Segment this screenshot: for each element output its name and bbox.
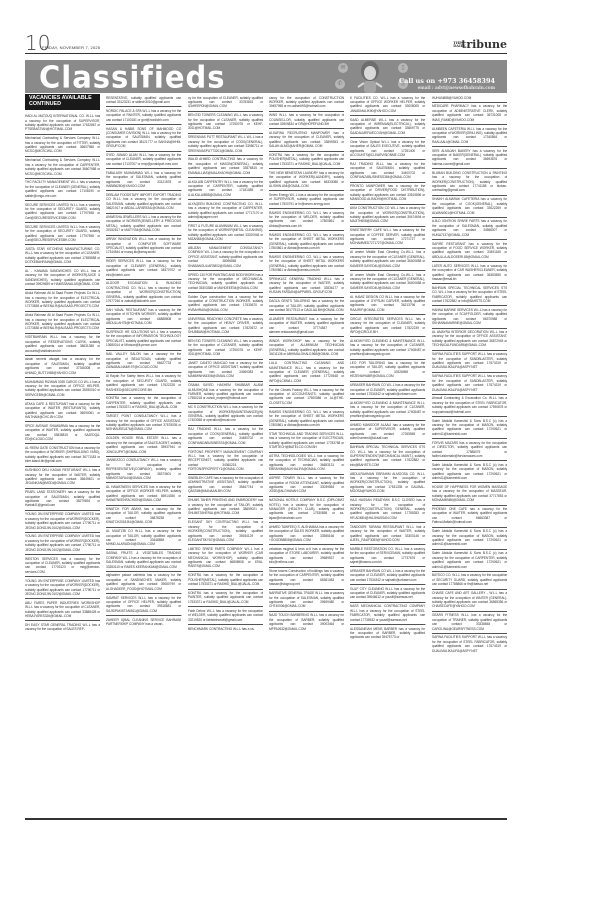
call-number: Call us on +973 36458394 (399, 77, 495, 85)
page-number: 10 (25, 33, 50, 53)
classified-ad: FORTONS PROPERTY MANAGEMENT COMPANY W.L.… (188, 448, 263, 475)
issue-date: FRIDAY, NOVEMBER 7, 2025 (42, 45, 100, 50)
classified-ad: NORDIC PALACE & SPA W.L.L has a vacancy … (106, 107, 181, 125)
classified-ad: Alrosall Contracting & Excavation Co. W.… (432, 395, 507, 417)
ad-list: cy for the occupation of CLEANER, suitab… (188, 94, 263, 633)
classified-ad: KONTRA has a vacancy for the occupation … (269, 152, 344, 170)
classified-ad: WINDS WORKSHOP has a vacancy for the occ… (269, 337, 344, 359)
classified-ad: SYED JUNAID ALAM W.L.L has a vacancy for… (106, 152, 181, 170)
classified-ad: RIDER SERVICES W.L.L has a vacancy for t… (106, 258, 181, 280)
classified-ad: NASS MECHANICAL CONTRACTING COMPANY W.L.… (350, 603, 425, 625)
classified-ad: Saleh Abdulla Kameshki & Sons B.S.C (c) … (432, 417, 507, 439)
classified-ad: Saleh Abdulla Kameshki & Sons B.S.C (c) … (432, 528, 507, 550)
classified-ad: GEARS FITNESS W.L.L has a vacancy for th… (432, 612, 507, 634)
classified-ad: VISITBAHRAIN W.L.L has a vacancy for the… (25, 334, 100, 356)
classified-ad: SECURE SERVICES LIMITED W.L.L has a vaca… (25, 201, 100, 223)
classified-ad: Saleh Abdulla Kameshki & Sons B.S.C (c) … (432, 550, 507, 572)
classified-ad: BEN EID TOWERS CLEANING W.L.L has a vaca… (188, 337, 263, 359)
classified-ad: RESENTATIVE, suitably qualified applican… (106, 94, 181, 107)
classified-ad: Stone towers Construction of buildings h… (269, 568, 344, 590)
classified-ad: AHMED TAWFEEQ S. ALSHAMAA has a vacancy … (269, 523, 344, 545)
classified-ad: KWATCH FOR ABAYA has a vacancy for the o… (106, 506, 181, 528)
classified-ad: YOUNG JIN ENTERPRISE COMPANY LIMITED has… (25, 577, 100, 599)
column-3: cy for the occupation of CLEANER, suitab… (188, 94, 263, 816)
classified-ad: ASPIRE TOWER W.L.L has a vacancy for the… (269, 475, 344, 497)
ad-list: cancy for the occupation of CONSTRUCTION… (269, 94, 344, 633)
classified-ad: CHAISE CAFE AND ART GALLERY - W.L.L has … (432, 590, 507, 612)
classified-ad: Al Rayah For Safety Items W.L.L has a va… (106, 373, 181, 395)
classified-ad: PHOENIX ONE CAFE has a vacancy for the o… (432, 506, 507, 528)
classified-ad: ALMOWYYED CLEANING & MAINTENANCE W.L.L h… (350, 399, 425, 421)
classified-ad: AL HAWATNEEN SERVICES has a vacancy for … (106, 483, 181, 505)
classified-ad: FABALASH MUHAMMAD W.L.L has a vacancy fo… (106, 169, 181, 191)
column-4: cancy for the occupation of CONSTRUCTION… (269, 94, 344, 816)
footer-divider (25, 818, 507, 820)
envelope-icon: ✉ (338, 63, 348, 73)
classified-ad: SPICE AVENUE SHAWARMA has a vacancy for … (25, 422, 100, 444)
classified-ad: DAH YANAL RESTAURANT has a vacancy for t… (106, 306, 181, 328)
classified-ad: SECURE SERVICES LIMITED W.L.L has a vaca… (25, 223, 100, 245)
ad-list: RESENTATIVE, suitably qualified applican… (106, 94, 181, 629)
classified-ad: FORVIS MAZARS has a vacancy for the occu… (432, 439, 507, 461)
classified-ad: ALMBEEN CAFETERIA W.L.L has a vacancy fo… (432, 125, 507, 147)
classified-ad: cy for the occupation of CLEANER, suitab… (188, 94, 263, 112)
classified-ad: SASWA FRUITS & VEGETABLES TRADING COMPAN… (106, 550, 181, 572)
classified-ad: KUSHBOO DELI KADAK RESTURANT W.L.L has a… (25, 467, 100, 489)
classified-ad: WALID AHMED CONTRACTING has a vacancy fo… (188, 156, 263, 178)
classified-ad: LEO FOR TAILORING has a vacancy for the … (350, 360, 425, 382)
classified-ad: GULF CITY CLEANING W.L.L has a vacancy f… (350, 585, 425, 603)
classified-ad: K FACILITIES CO. W.L.L has a vacancy for… (350, 94, 425, 116)
classified-ad: ABDULRAHMAN EBRAHIM ALMOOSA CO. W.L.L ha… (350, 470, 425, 497)
classified-ad: STAR TECHNICAL AND TRADING SERVICES W.L.… (269, 430, 344, 452)
classified-ad: SAMRAT SERVICES W.L.L has a vacancy for … (106, 594, 181, 616)
ad-list: HUHUN888@YAHOO.COMMEDICARE PHARMACY has … (432, 94, 507, 655)
classified-ad: LULU CONTRACTING CLEANING AND MAINTENANC… (269, 360, 344, 387)
classified-ad: Mechanical Contracting & Services Compan… (25, 157, 100, 179)
classified-ad: AL MUATZIB CO W.L.L has a vacancy for th… (106, 528, 181, 550)
ad-list: K FACILITIES CO. W.L.L has a vacancy for… (350, 94, 425, 642)
classified-ad: GOLDEN HOUSE REAL ESTATE W.L.L has a vac… (106, 435, 181, 457)
classified-ad: SAFIRE RESTURANT has a vacancy for the o… (432, 240, 507, 262)
classified-ad: HUHUN888@YAHOO.COM (432, 94, 507, 103)
ad-list: HADI AL MATOUQ INTERNATIONAL CO. W.L.L h… (25, 113, 100, 634)
classified-ad: Saleh Abdulla Kameshki & Sons B.S.C (c) … (432, 461, 507, 483)
classified-ad: BAHRAIN SPECIAL TECHNICAL SERVICES STS C… (432, 284, 507, 306)
classified-ad: DH EASY STAR GENERAL TRADING W.L.L has a… (25, 621, 100, 633)
classified-ad: HASAN & HABIB SONS OF MAHMOOD CO (CONSUM… (106, 125, 181, 152)
classified-ad: DAGLA GENTS TAILORING has a vacancy for … (269, 298, 344, 316)
classified-ad: WINS W.L.L has a vacancy for the occupat… (269, 112, 344, 130)
classified-ad: ALDOOR EXCAVATION & BUILDING CONTRACTING… (106, 280, 181, 307)
classified-ad: ABU FARES PAPER INDUSTRIES WORKSHOP W.L.… (25, 599, 100, 621)
column-6: HUHUN888@YAHOO.COMMEDICARE PHARMACY has … (432, 94, 507, 816)
classified-ad: HOUSE OF HAPPINESS FOR WOMEN MASSAGE has… (432, 483, 507, 505)
classified-ad: Fabb Delnor W.L.L has a vacancy for the … (188, 607, 263, 625)
classified-ad: cancy for the occupation of CONSTRUCTION… (269, 94, 344, 112)
classified-ad: AL AMAYRA INTERIOR DECORATION W.L.L has … (432, 329, 507, 351)
classified-ad: YOUNG JIN ENTERPRISE COMPANY LIMITED has… (25, 533, 100, 555)
classified-ad: JUSTA STAR KITCHENS MANUFACTURING CO. W.… (25, 245, 100, 267)
classified-ad: SPEED 130 FOR PAINTING AND BODYWORK has … (188, 271, 263, 293)
phone-icon: ✆ (335, 79, 345, 89)
classified-ad: Al ameer Middle East Cleaning Co.W.L.L h… (350, 271, 425, 293)
classified-ad: Abdul Rahman Ali Al Saad Power Projects … (25, 312, 100, 334)
classified-ad: DEBLAM FOODSTAFF IMPORT EXPORT TRADING C… (106, 191, 181, 213)
column-2: RESENTATIVE, suitably qualified applican… (106, 94, 181, 816)
classified-ad: SAFINA FACILITIES SUPPORT W.L.L has a va… (432, 351, 507, 373)
classified-ad: SREENIVAS PUTT RESTAURANT W.L.L W.L.L ha… (188, 134, 263, 156)
classified-ad: HADI AL MATOUQ INTERNATIONAL CO. W.L.L h… (25, 113, 100, 135)
classified-ad: SWEBLEH CAFE has a vacancy for the occup… (188, 475, 263, 497)
classified-ad: ALYAQEEN BUILDING CONTRACTING CO. W.L.L … (188, 200, 263, 222)
classified-ad: JANNEATCO CONSULTANCY W.L.L has a vacanc… (106, 457, 181, 484)
classified-ad: NARRATIVE GENERAL TRADE W.L.L has a vaca… (269, 590, 344, 612)
classified-ad: OSAMA SAYED HASHEM SHUBBAR ALAWI ALMUSHQ… (188, 382, 263, 404)
classified-ad: ARRAY INNOVATION W.L.L has a vacancy for… (106, 236, 181, 258)
classified-ad: ELEGANT SKY CONTRACTING W.L.L has a vaca… (188, 519, 263, 546)
classified-ad: HANNA MARINE SERVICES W.L.L has a vacanc… (432, 306, 507, 328)
classified-ad: BAHRAIN SPECIAL TECHNICAL SERVICES STS C… (350, 444, 425, 471)
classified-ad: JANET CANITO MANCAO has a vacancy for th… (188, 360, 263, 382)
classified-ad: Seven Energy W.L.L has a vacancy for the… (269, 191, 344, 209)
classified-ad: AKM CONSTRUCTION CO W.L.L has a vacancy … (350, 205, 425, 227)
classified-ad: SERI ALMAJAH BAKERY has a vacancy for th… (432, 147, 507, 169)
classified-ad: RAMSIS ENGINEERING CO. W.L.L has a vacan… (269, 408, 344, 430)
classified-ad: Golden Dyar construction has a vacancy f… (188, 293, 263, 315)
brand-name: tribune (461, 38, 507, 51)
classified-ad: RAMSIS ENGINEERING CO. W.L.L has a vacan… (269, 231, 344, 253)
classified-ad: URBASER BAHRAIN CO W.L.L has a vacancy f… (350, 567, 425, 585)
classified-ad: THE NEW BEMESTAN LAUNDRY has a vacancy f… (269, 169, 344, 191)
classified-ad: MC 5 CONSTRUCTION W.L.L has a vacancy fo… (188, 404, 263, 426)
classified-ad: SHAIKH ALMARAK CAFETERIA has a vacancy f… (432, 196, 507, 218)
mascot-illustration (356, 61, 384, 93)
classified-ad: alzain secrets alsagat has a vacancy for… (25, 356, 100, 378)
classified-ad: ALAMEER RESTAURANT has a vacancy for the… (269, 315, 344, 337)
column-5: K FACILITIES CO. W.L.L has a vacancy for… (350, 94, 425, 816)
classified-ad: RAMSIS ENGINEERING CO. W.L.L has a vacan… (269, 253, 344, 275)
classified-ad: KONTRA has a vacancy for the occupation … (188, 590, 263, 608)
classified-ad: For the Closets Factory W.L.L has a vaca… (269, 386, 344, 408)
classified-ad: BENCHMARK CONTRACTING W.L.L has a va- (188, 625, 263, 633)
classified-ad: CIRCLE INTEGRATED SERVICES W.L.L has a v… (350, 315, 425, 337)
classified-ad: BLUBAN BUILDING CONSTRUCTION & PAINTING … (432, 169, 507, 196)
classified-ad: MARBLE RESTORATION CO. W.L.L has a vacan… (350, 545, 425, 567)
classified-ad: Clear Vision Optical W.L.L has a vacancy… (350, 138, 425, 160)
classified-ad: NATIONAL HOTELS COMPANY B.S.C. (DIPLOMAT… (269, 497, 344, 524)
classified-ad: ANWESHA JEWELLERS W.L.L has a vacancy fo… (106, 214, 181, 236)
classified-ad: AHMED MANSOOR ALAALI has a vacancy for t… (350, 421, 425, 443)
classifieds-banner: Classifieds ✉ ✆ ▯ ◎ Call us on +973 3645… (25, 60, 507, 93)
banner-title: Classifieds (39, 61, 226, 93)
classified-ad: AJILD IGNITION SPARE PARTS has a vacancy… (432, 218, 507, 240)
classified-ad: ATAKA CAFE & RESTURANT has a vacancy for… (25, 400, 100, 422)
classified-ad: PEARL LAND STATIONERY has a vacancy for … (25, 489, 100, 511)
classified-ad: THC FACILITY MANAGEMENT W.L.L has a vaca… (25, 179, 100, 201)
classified-ad: velabdas mujjmal & bros w.l.l has a vaca… (269, 545, 344, 567)
page-masthead: 10 FRIDAY, NOVEMBER 7, 2025 THE DAILYtri… (25, 36, 507, 54)
classified-ad: Mechanical Contracting & Services Compan… (25, 135, 100, 157)
classified-ad: LIMITED SPARE PARTS COMPANY W.L.L has a … (188, 545, 263, 572)
classified-ad: SWEETBERRY CAFE W.L.L has a vacancy for … (350, 227, 425, 249)
classified-ad: NAJD TOUCH BARBERING W.L.L has a vacancy… (269, 612, 344, 633)
classified-ad: WESTON SERVICES has a vacancy for the oc… (25, 555, 100, 577)
classified-ad: ALSAFWA RECRUITING MANPOWER has a vacanc… (269, 129, 344, 151)
classified-ad: LATER AUTO SERVICES W.L.L has a vacancy … (432, 262, 507, 284)
contact-email: email : advt@newsofbahrain.com (418, 85, 495, 90)
classified-ad: HAJI HASSAN READYMIX B.S.C CLOSED has a … (350, 497, 425, 524)
classified-ad: AL HAMIZ DESIGN CO W.L.L has a vacancy f… (350, 293, 425, 315)
column-1: VACANCIES AVAILABLE CONTINUED HADI AL MA… (25, 94, 100, 816)
classified-ad: RAMSIS ENGINEERING CO. W.L.L has a vacan… (269, 209, 344, 231)
classified-ad: SUSPENCE HR SOLUTIONS W.L.L has a vacanc… (106, 329, 181, 351)
classified-ad: BATSCO CO. W.L.L has a vacancy for the o… (432, 572, 507, 590)
classified-ad: ZAHEER IQBAL CLEANING SERVICE BAHRAINI P… (106, 616, 181, 628)
classified-columns: VACANCIES AVAILABLE CONTINUED HADI AL MA… (25, 94, 507, 816)
classified-ad: UNIVERSAL READYMIX CONCRETE has a vacanc… (188, 315, 263, 337)
classified-ad: MEDICARE PHARMACY has a vacancy for the … (432, 103, 507, 125)
classified-ad: SHUMS TAHER PRINTING AND EMBROIDERY has … (188, 497, 263, 519)
classified-ad: Al ameer Middle East Cleaning Co.W.L.L h… (350, 249, 425, 271)
classified-ad: ALESSANEIAH MENS BARBER has a vacancy fo… (350, 625, 425, 642)
classified-ad: SAFINA FACILITIES SUPPORT W.L.L has a va… (432, 373, 507, 395)
classified-ad: PRONTO MANPOWER has a vacancy for the oc… (350, 183, 425, 205)
classified-ad: SPRINKLEZ GENERAL TRADING W.L.L has a va… (269, 276, 344, 298)
classified-ad: ALMOWYYED CLEANING & MAINTENANCE W.L.L h… (350, 337, 425, 359)
classified-ad: AL REEM GATE CONSTRUCTION has a vacancy … (25, 444, 100, 466)
classified-ad: KONTRA has a vacancy for the occupation … (106, 395, 181, 413)
classified-ad: SAAD ALMEFAIE W.L.L has a vacancy for th… (350, 116, 425, 138)
classified-ad: URBASER BAHRAIN CO W.L.L has a vacancy f… (350, 382, 425, 400)
classified-ad: SAFINA FACILITIES SUPPORT W.L.L has a va… (432, 634, 507, 655)
classified-ad: TARGET POINT CONSULTANCY W.L.L has a vac… (106, 413, 181, 435)
classified-ad: KONTRA has a vacancy for the occupation … (188, 572, 263, 590)
classified-ad: YOUNG JIN ENTERPRISE COMPANY LIMITED has… (25, 511, 100, 533)
classified-ad: BEN EID TOWERS CLEANING W.L.L has a vaca… (188, 112, 263, 134)
classified-ad: RAJ TRADING W.L.L has a vacancy for the … (188, 426, 263, 448)
classified-ad: ALKULAIB CARPENTRY W.L.L has a vacancy f… (188, 178, 263, 200)
tablet-icon: ▯ (398, 63, 408, 73)
classified-ad: MUHAMMAD RIZWAN 0035 CARGO CO W.L.L has … (25, 378, 100, 400)
publication-logo: THE DAILYtribune (453, 38, 507, 51)
classified-ad: alghadeer palace cafeteria has a vacancy… (106, 572, 181, 594)
classified-ad: TANDOORI TARANA RESTAURANT W.L.L has a v… (350, 523, 425, 545)
section-header: VACANCIES AVAILABLE CONTINUED (25, 94, 100, 110)
classified-ad: ASTRA TECHNOLOGIES W.L.L has a vacancy f… (269, 453, 344, 475)
classified-ad: ABUZAN MANAGEMENT CONSULTANCY COMPANY W.… (188, 244, 263, 271)
brand-prefix: THE DAILY (453, 42, 460, 48)
classified-ad: Abdul Rahman Ali Al Saad Power Projects … (25, 290, 100, 312)
classified-ad: FIRST & FUTURE ALUMINIUM W.L.L has a vac… (188, 222, 263, 244)
classified-ad: NAIL VALLEY SALON has a vacancy for the … (106, 351, 181, 373)
classified-ad: AL - KANAMA SANDWICHES CO W.L.L has a va… (25, 267, 100, 289)
classified-ad: RAJ TRADING W.L.L has a vacancy for the … (350, 160, 425, 182)
